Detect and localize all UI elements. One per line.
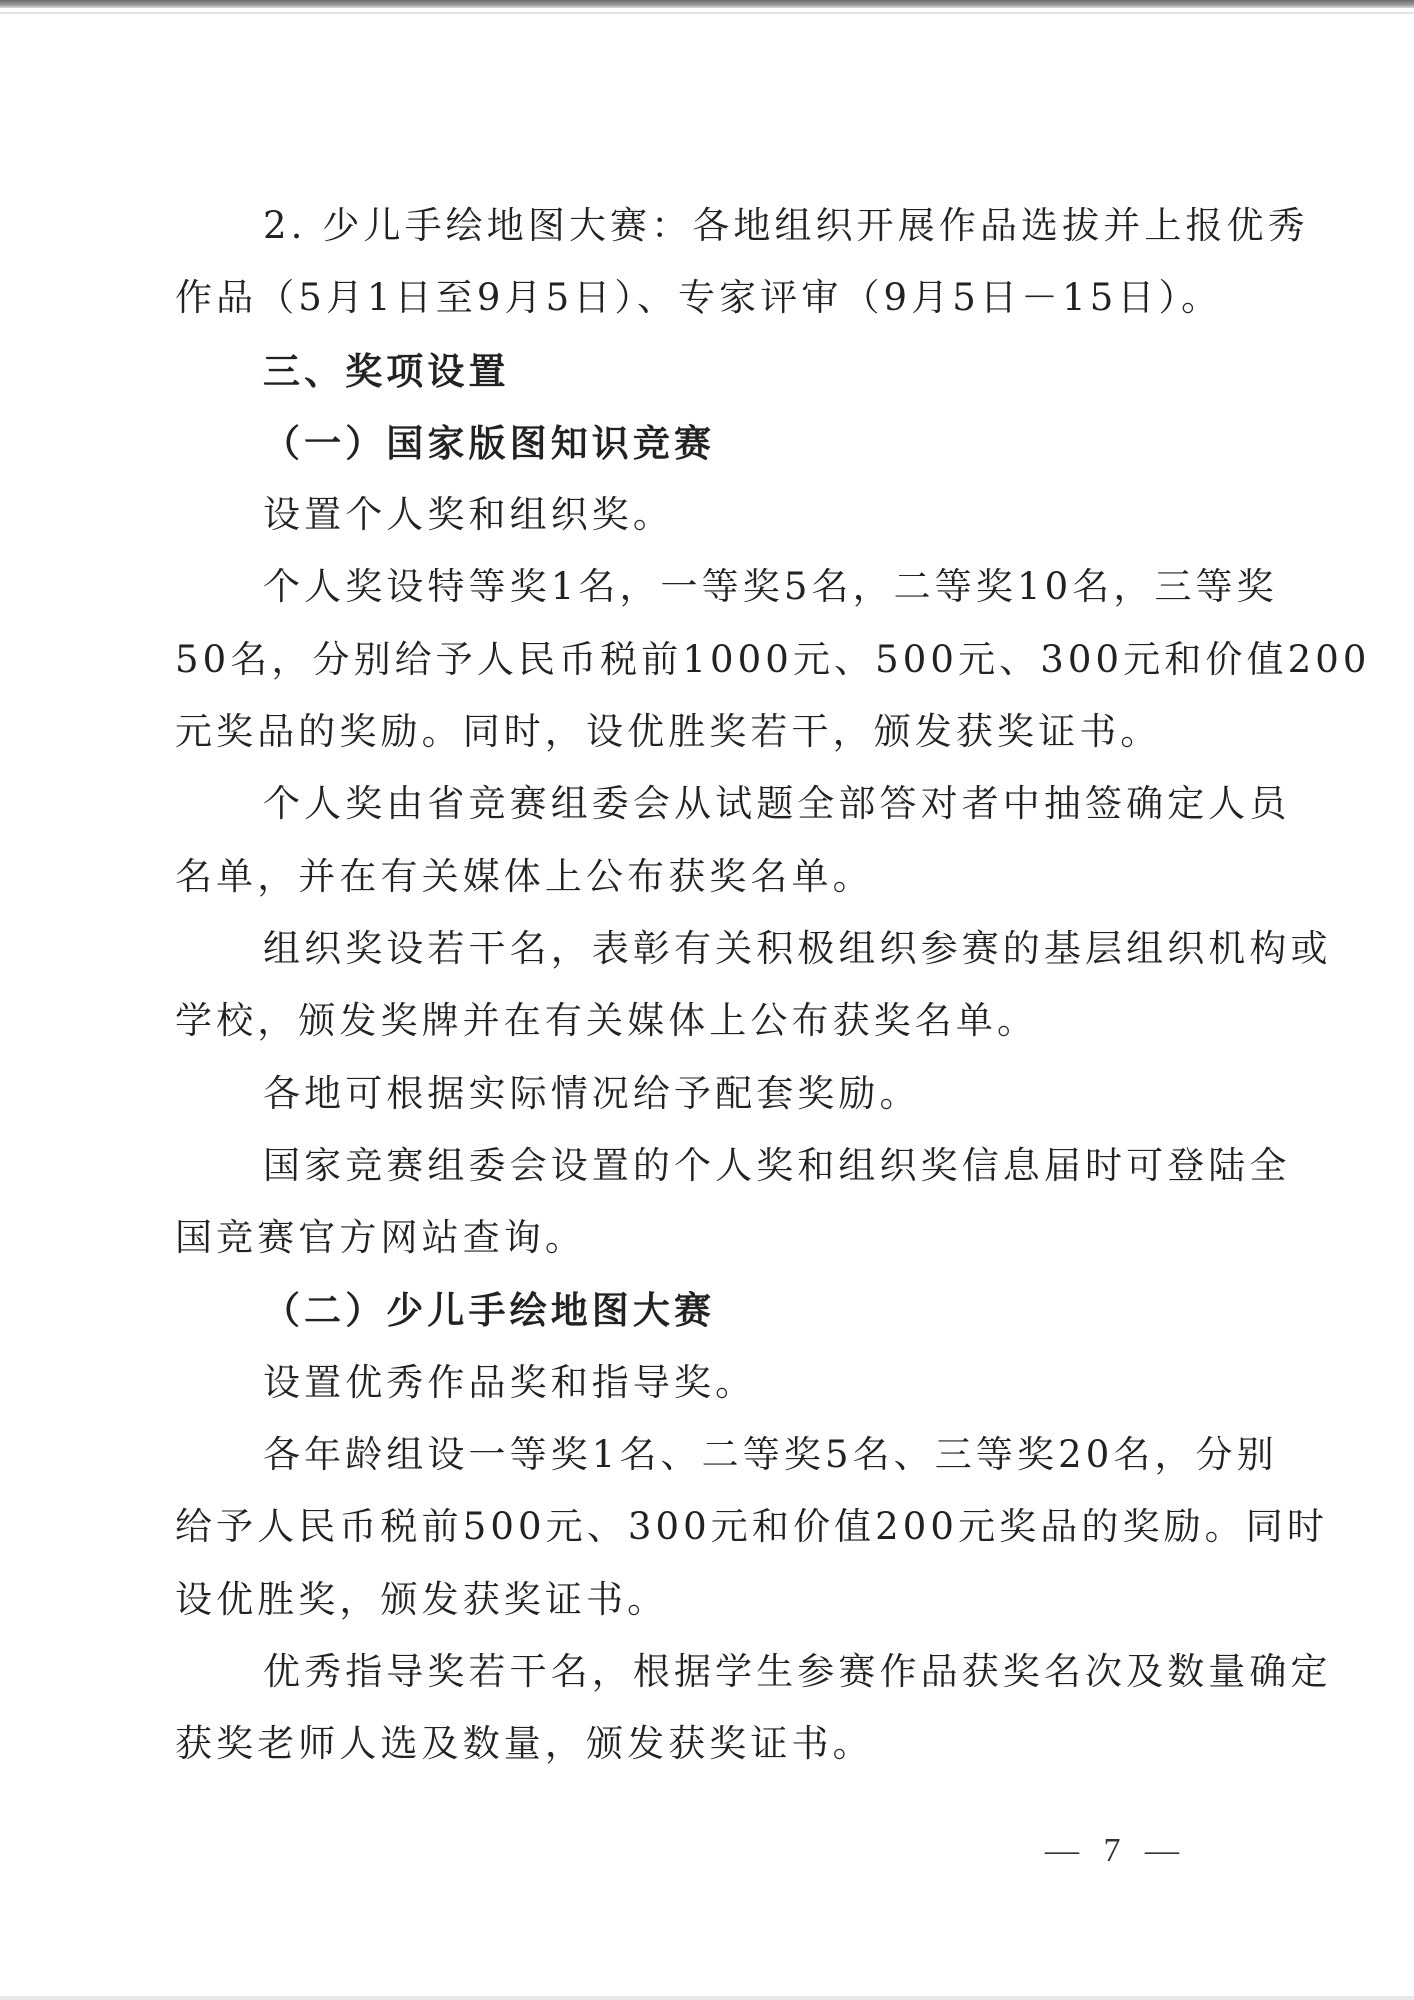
paragraph-line: 50名，分别给予人民币税前1000元、500元、300元和价值200 bbox=[175, 624, 1227, 696]
subsection-heading: （一）国家版图知识竞赛 bbox=[175, 407, 1227, 479]
paragraph-line: 名单，并在有关媒体上公布获奖名单。 bbox=[175, 841, 1227, 913]
scan-edge-line bbox=[0, 12, 1414, 14]
paragraph-line: 各地可根据实际情况给予配套奖励。 bbox=[175, 1058, 1227, 1130]
scan-edge-bottom bbox=[0, 1996, 1414, 2000]
paragraph-line: 个人奖由省竞赛组委会从试题全部答对者中抽签确定人员 bbox=[175, 768, 1227, 840]
paragraph-line: 2. 少儿手绘地图大赛：各地组织开展作品选拔并上报优秀 bbox=[175, 190, 1227, 262]
paragraph-line: 国家竞赛组委会设置的个人奖和组织奖信息届时可登陆全 bbox=[175, 1130, 1227, 1202]
paragraph-line: 设优胜奖，颁发获奖证书。 bbox=[175, 1564, 1227, 1636]
paragraph-line: 优秀指导奖若干名，根据学生参赛作品获奖名次及数量确定 bbox=[175, 1636, 1227, 1708]
paragraph-line: 各年龄组设一等奖1名、二等奖5名、三等奖20名，分别 bbox=[175, 1419, 1227, 1491]
page-number: — 7 — bbox=[1045, 1832, 1187, 1870]
paragraph-line: 设置个人奖和组织奖。 bbox=[175, 479, 1227, 551]
scan-edge-top bbox=[0, 0, 1414, 8]
section-heading: 三、奖项设置 bbox=[175, 335, 1227, 407]
paragraph-line: 作品（5月1日至9月5日）、专家评审（9月5日－15日）。 bbox=[175, 262, 1227, 334]
paragraph-line: 获奖老师人选及数量，颁发获奖证书。 bbox=[175, 1708, 1227, 1780]
subsection-heading: （二）少儿手绘地图大赛 bbox=[175, 1274, 1227, 1346]
document-body: 2. 少儿手绘地图大赛：各地组织开展作品选拔并上报优秀 作品（5月1日至9月5日… bbox=[175, 190, 1227, 1781]
paragraph-line: 组织奖设若干名，表彰有关积极组织参赛的基层组织机构或 bbox=[175, 913, 1227, 985]
paragraph-line: 设置优秀作品奖和指导奖。 bbox=[175, 1347, 1227, 1419]
paragraph-line: 个人奖设特等奖1名，一等奖5名，二等奖10名，三等奖 bbox=[175, 551, 1227, 623]
paragraph-line: 学校，颁发奖牌并在有关媒体上公布获奖名单。 bbox=[175, 985, 1227, 1057]
paragraph-line: 元奖品的奖励。同时，设优胜奖若干，颁发获奖证书。 bbox=[175, 696, 1227, 768]
paragraph-line: 国竞赛官方网站查询。 bbox=[175, 1202, 1227, 1274]
paragraph-line: 给予人民币税前500元、300元和价值200元奖品的奖励。同时 bbox=[175, 1491, 1227, 1563]
